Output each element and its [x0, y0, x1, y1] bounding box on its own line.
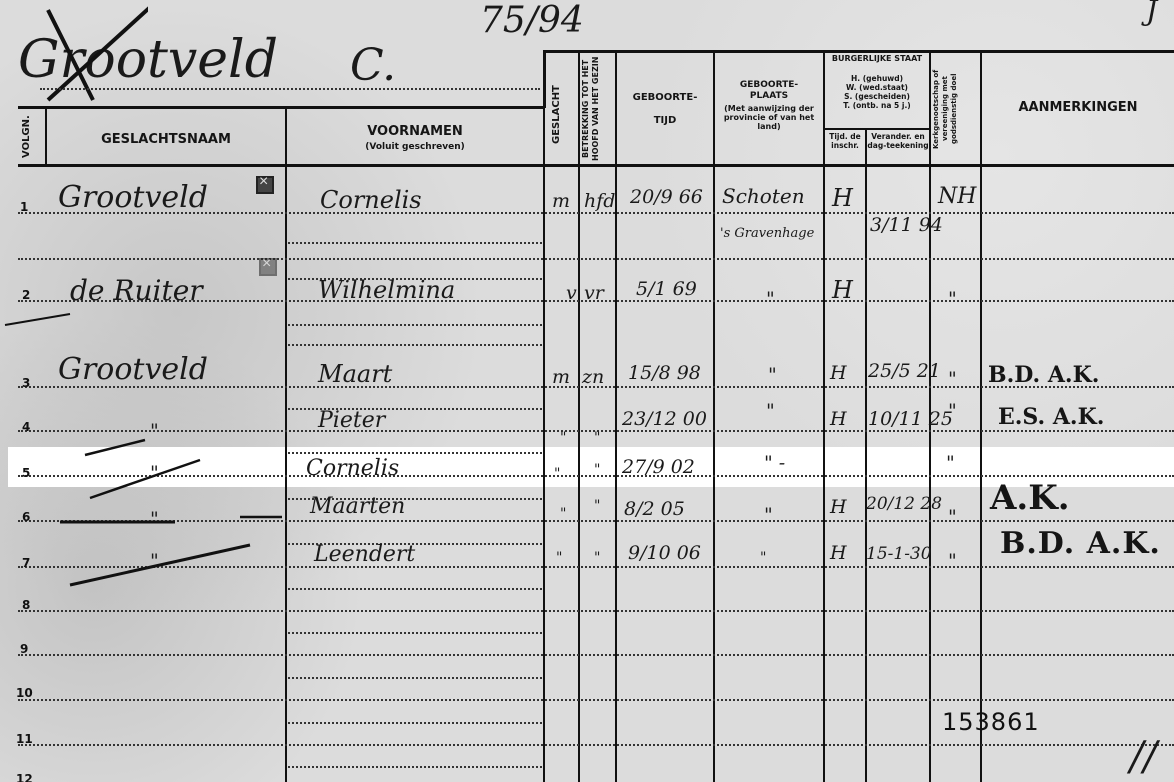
remarks-cell: A.K.	[990, 478, 1070, 518]
voornamen-subrule	[288, 632, 542, 634]
row-number: 9	[20, 642, 28, 656]
relation-cell: "	[594, 430, 600, 446]
header-bs-w: W. (wed.staat)	[825, 83, 929, 92]
surname-cell: Grootveld	[58, 180, 208, 215]
header-geslachtsnaam: GESLACHTSNAAM	[47, 132, 285, 147]
given-name-cell: Leendert	[314, 542, 415, 567]
marked-checkbox-icon	[259, 258, 277, 276]
birth-place-cell: "	[768, 364, 777, 386]
religion-cell: "	[948, 288, 957, 310]
col-divider	[865, 128, 867, 782]
header-geboorteplaats-2: PLAATS	[715, 91, 823, 101]
header-voornamen: VOORNAMEN	[287, 124, 543, 139]
relation-cell: "	[594, 550, 600, 566]
civil-status-cell: H	[830, 408, 847, 430]
voornamen-subrule	[288, 588, 542, 590]
card-reference-number: 75/94	[480, 0, 584, 41]
birth-place-cell: "	[766, 400, 775, 422]
col-divider	[980, 50, 982, 782]
given-name-cell: Cornelis	[306, 456, 399, 481]
relation-cell: vr	[584, 282, 604, 304]
civil-change-cell: 3/11 94	[870, 214, 943, 236]
header-top-rule-right	[543, 50, 1174, 53]
given-name-cell: Pieter	[318, 408, 385, 433]
card-initial: C.	[350, 40, 396, 91]
religion-cell: NH	[938, 184, 976, 209]
relation-cell: "	[594, 498, 600, 514]
civil-status-cell: H	[830, 362, 847, 384]
marked-checkbox-icon	[256, 176, 274, 194]
religion-cell: "	[946, 452, 955, 474]
header-top-rule-left	[18, 106, 545, 109]
header-burgerlijke-staat: BURGERLIJKE STAAT	[825, 54, 929, 63]
civil-change-cell: 20/12 28	[866, 494, 942, 514]
header-geboortetijd-2: TIJD	[617, 115, 713, 126]
voornamen-subrule	[288, 766, 542, 768]
given-name-cell: Wilhelmina	[318, 276, 455, 304]
voornamen-subrule	[288, 452, 542, 454]
civil-status-cell: H	[832, 184, 853, 212]
birth-place-cell: "	[760, 550, 766, 566]
religion-cell: "	[948, 506, 957, 528]
header-bs-tijd: Tijd. de inschr.	[825, 132, 865, 150]
bottom-right-mark: //	[1130, 734, 1157, 780]
header-step-rule	[543, 50, 546, 108]
sex-cell: "	[560, 506, 566, 522]
birth-date-cell: 23/12 00	[622, 408, 707, 430]
col-divider	[578, 50, 580, 782]
corner-mark: J	[1146, 0, 1157, 27]
voornamen-subrule	[288, 722, 542, 724]
remarks-cell: B.D. A.K.	[988, 362, 1099, 388]
row-rule	[18, 654, 1174, 656]
given-name-cell: Maart	[318, 360, 392, 388]
header-bottom-rule	[18, 164, 1174, 167]
title-dotted-line	[40, 88, 540, 90]
header-aanmerkingen: AANMERKINGEN	[982, 100, 1174, 115]
religion-cell: "	[948, 400, 957, 422]
header-geslacht: GESLACHT	[552, 70, 561, 160]
archive-number: 153861	[942, 708, 1040, 736]
row-number: 1	[20, 200, 28, 214]
header-geboorteplaats-1: GEBOORTE-	[715, 80, 823, 90]
col-divider	[713, 50, 715, 782]
civil-change-cell: 10/11 25	[868, 408, 953, 430]
sex-cell: "	[560, 430, 566, 446]
header-voornamen-sub: (Voluit geschreven)	[287, 142, 543, 152]
civil-change-cell: 15-1-30	[866, 544, 932, 564]
birth-place-cell: Schoten	[722, 184, 805, 208]
birth-date-cell: 8/2 05	[624, 498, 685, 520]
strike-x-mark	[18, 0, 148, 110]
voornamen-subrule	[288, 677, 542, 679]
birth-place-cell: "	[766, 288, 775, 310]
remarks-cell: B.D. A.K.	[1000, 526, 1161, 561]
header-kerkgenootschap: Kerkgenootschap of vereeniging met godsd…	[932, 56, 978, 162]
relation-cell: hfd	[584, 190, 615, 212]
birth-place-cell: " -	[764, 452, 785, 474]
birth-place-cell: "	[764, 504, 773, 526]
sex-cell: v	[566, 282, 577, 304]
header-bs-verander: Verander. en dag-teekening	[867, 132, 929, 150]
header-bs-h: H. (gehuwd)	[825, 74, 929, 83]
given-name-cell: Cornelis	[320, 186, 422, 214]
birth-date-cell: 27/9 02	[622, 456, 695, 478]
civil-status-cell: H	[832, 276, 853, 304]
header-geboortetijd-1: GEBOORTE-	[617, 92, 713, 103]
col-divider	[543, 108, 545, 782]
remarks-cell: E.S. A.K.	[998, 404, 1104, 430]
col-divider	[823, 50, 825, 782]
birth-place-secondary-cell: 's Gravenhage	[720, 226, 814, 241]
civil-status-cell: H	[830, 496, 847, 518]
row-rule	[18, 699, 1174, 701]
sex-cell: "	[554, 466, 560, 482]
row-rule	[18, 744, 1174, 746]
birth-date-cell: 15/8 98	[628, 362, 701, 384]
row-number: 10	[16, 686, 33, 700]
col-divider	[615, 50, 617, 782]
header-betrekking: BETREKKING TOT HET HOOFD VAN HET GEZIN	[581, 56, 613, 162]
birth-date-cell: 5/1 69	[636, 278, 697, 300]
header-bs-t: T. (ontb. na 5 j.)	[825, 101, 929, 110]
civil-status-cell: H	[830, 542, 847, 564]
header-bs-s: S. (gescheiden)	[825, 92, 929, 101]
birth-date-cell: 9/10 06	[628, 542, 701, 564]
header-geboorteplaats-sub: (Met aanwijzing der provincie of van het…	[718, 104, 820, 131]
sex-cell: m	[552, 366, 570, 388]
sex-cell: "	[556, 550, 562, 566]
voornamen-subrule	[288, 324, 542, 326]
row-number: 8	[22, 598, 30, 612]
row-number: 11	[16, 732, 33, 746]
voornamen-subrule	[288, 242, 542, 244]
row-rule	[18, 258, 1174, 260]
civil-change-cell: 25/5 21	[868, 360, 941, 382]
voornamen-subrule	[288, 344, 542, 346]
given-name-cell: Maarten	[310, 494, 405, 519]
header-volgn: VOLGN.	[22, 112, 31, 162]
birth-date-cell: 20/9 66	[630, 186, 703, 208]
row-rule	[18, 610, 1174, 612]
religion-cell: "	[948, 368, 957, 390]
burgerlijke-staat-subrule	[823, 128, 930, 130]
relation-cell: zn	[582, 366, 604, 388]
ditto-strokes	[0, 300, 290, 600]
sex-cell: m	[552, 190, 570, 212]
religion-cell: "	[948, 550, 957, 572]
relation-cell: "	[594, 462, 600, 478]
row-number: 12	[16, 772, 33, 782]
